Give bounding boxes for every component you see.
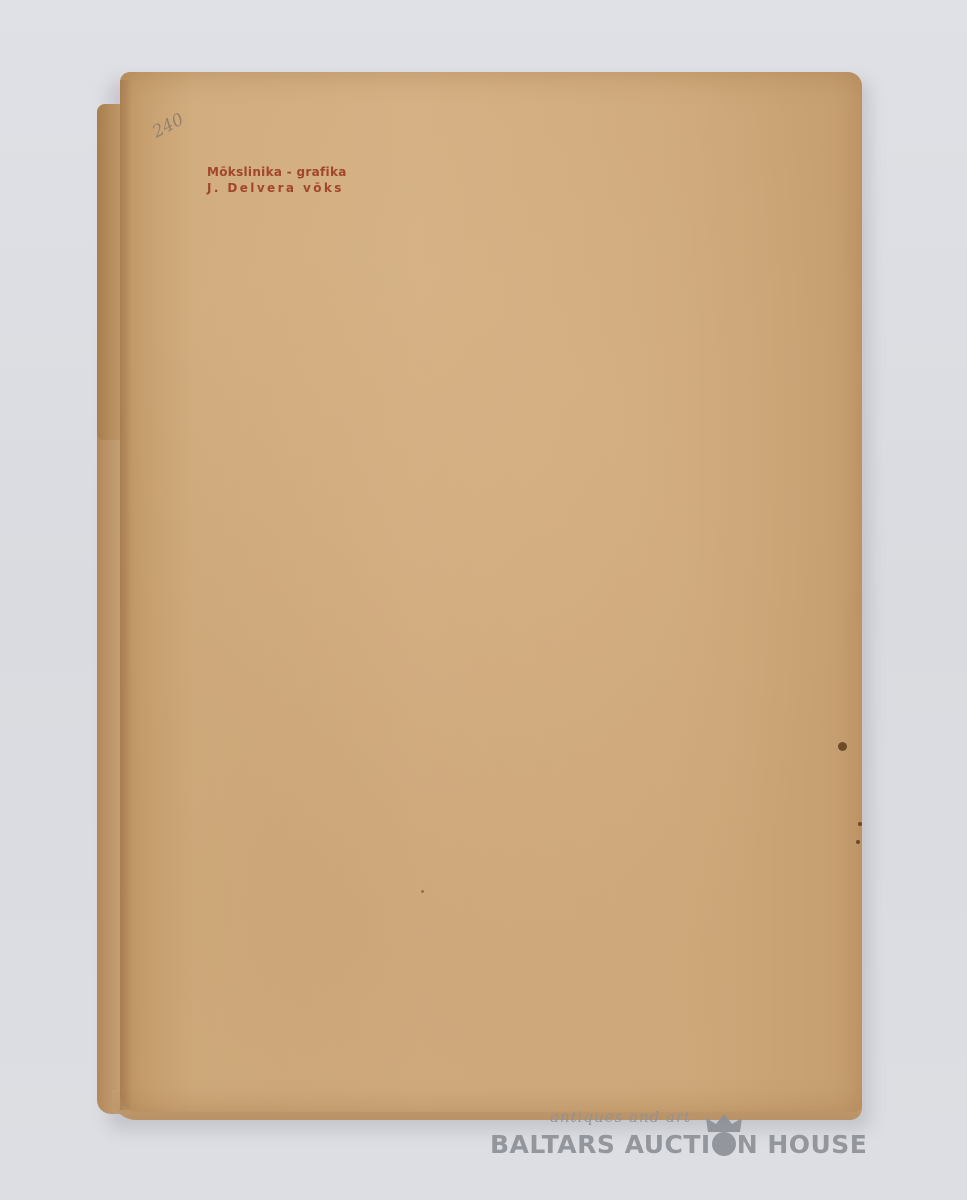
watermark-brand: BALTARS AUCTIN HOUSE (490, 1130, 867, 1159)
stain-spot (838, 742, 847, 751)
publisher-line-1: Mōkslinika - grafika (207, 165, 347, 179)
watermark-brand-left: BALTARS AUCTI (490, 1130, 711, 1159)
stain-spot (858, 822, 862, 826)
stain-spot (421, 890, 424, 893)
book-cover (120, 72, 862, 1112)
stain-spot (856, 840, 860, 844)
watermark-logo-icon (712, 1132, 736, 1156)
watermark-tagline: antiques and art (550, 1108, 691, 1126)
watermark-brand-right: N HOUSE (737, 1130, 868, 1159)
watermark: antiques and art BALTARS AUCTIN HOUSE (490, 1108, 890, 1178)
publisher-line-2: J. Delvera vōks (207, 181, 347, 195)
publisher-imprint: Mōkslinika - grafika J. Delvera vōks (207, 165, 347, 195)
book-spine-shadow (120, 80, 132, 1110)
